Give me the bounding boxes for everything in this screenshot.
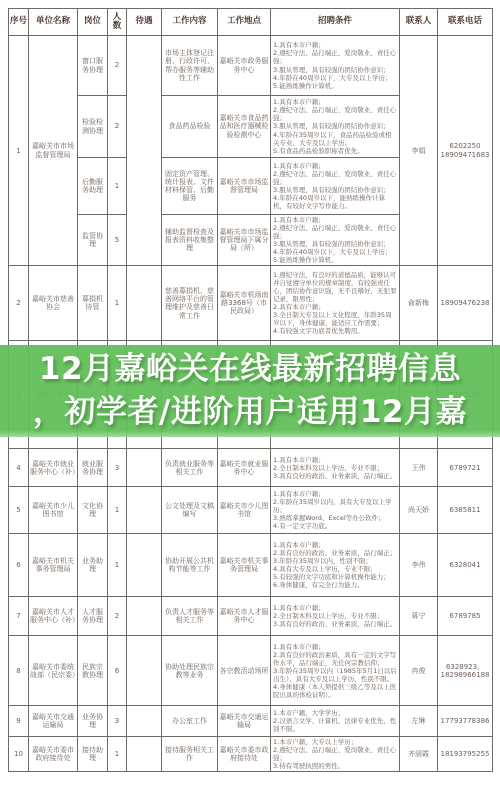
cell-count: 1 xyxy=(108,266,127,341)
cell-unit: 嘉峪关市少儿图书馆 xyxy=(29,487,78,534)
cell-conditions: 1.具有本市户籍； 2.遵纪守法、品行端正、爱岗敬业、责任心强； 3.服从管理，… xyxy=(271,158,400,215)
cell-phone: 18193795255 xyxy=(438,737,493,772)
header-conditions: 招聘条件 xyxy=(271,9,400,36)
cell-phone: 6328041 xyxy=(438,534,493,597)
cell-location: 嘉峪关市交通运输局 xyxy=(218,706,271,737)
cell-phone: 6789721 xyxy=(438,449,493,487)
table-row: 10 嘉峪关市委市政府接待处 接待助理 1 接待服务相关工作 嘉峪关市委市政府接… xyxy=(9,737,493,772)
cell-no: 5 xyxy=(9,487,29,534)
cell-work: 协助处理民族宗教等业务 xyxy=(162,636,218,706)
cell-count: 1 xyxy=(108,737,127,772)
cell-position: 业务协理 xyxy=(78,706,108,737)
cell-no: 10 xyxy=(9,737,29,772)
cell-unit: 嘉峪关市慈善协会 xyxy=(29,266,78,341)
cell-no: 1 xyxy=(9,36,29,266)
cell-pay xyxy=(127,737,162,772)
cell-position: 民族宗教协理 xyxy=(78,636,108,706)
cell-position: 募捐机协管 xyxy=(78,266,108,341)
cell-location: 嘉峪关市市场监督管理局下属分局（所） xyxy=(218,215,271,266)
cell-work: 市场主体登记注册、行政许可、帮办服务等辅助性工作 xyxy=(162,36,218,96)
cell-location: 嘉峪关市机关事务管理局 xyxy=(218,534,271,597)
cell-location: 嘉峪关市市场监督管理局 xyxy=(218,158,271,215)
header-position: 岗位 xyxy=(78,9,108,36)
cell-count: 5 xyxy=(108,215,127,266)
cell-contact: 尚天娇 xyxy=(400,487,438,534)
cell-phone: 6328923、 18298966188 xyxy=(438,636,493,706)
cell-unit: 嘉峪关市人才服务中心（补） xyxy=(29,597,78,636)
cell-contact: 王伟 xyxy=(400,449,438,487)
cell-count: 1 xyxy=(108,534,127,597)
table-row: 9 嘉峪关市交通运输局 业务协理 3 办公室工作 嘉峪关市交通运输局 1.本市户… xyxy=(9,706,493,737)
header-work: 工作内容 xyxy=(162,9,218,36)
cell-count: 6 xyxy=(108,636,127,706)
cell-conditions: 1.具有本市户籍； 2.遵纪守法、品行端正、爱岗敬业、责任心强； 3.服从管理，… xyxy=(271,215,400,266)
cell-work: 办公室工作 xyxy=(162,706,218,737)
cell-unit: 嘉峪关市就业服务中心（补） xyxy=(29,449,78,487)
cell-phone: 17793778386 xyxy=(438,706,493,737)
cell-pay xyxy=(127,449,162,487)
cell-position: 人才服务协理 xyxy=(78,597,108,636)
cell-contact: 李伟 xyxy=(400,534,438,597)
cell-position: 就业服务协理 xyxy=(78,449,108,487)
cell-position: 业务助理 xyxy=(78,534,108,597)
cell-pay xyxy=(127,597,162,636)
cell-unit: 嘉峪关市市场监督管理局 xyxy=(29,36,78,266)
table-row: 4 嘉峪关市就业服务中心（补） 就业服务协理 3 负责就业服务等相关工作 嘉峪关… xyxy=(9,449,493,487)
cell-work: 接待服务相关工作 xyxy=(162,737,218,772)
cell-position: 接待助理 xyxy=(78,737,108,772)
cell-position: 监管协理 xyxy=(78,215,108,266)
cell-no: 2 xyxy=(9,266,29,341)
cell-count: 3 xyxy=(108,706,127,737)
cell-no: 7 xyxy=(9,597,29,636)
cell-pay xyxy=(127,487,162,534)
cell-position: 检验检测协理 xyxy=(78,96,108,158)
cell-count: 2 xyxy=(108,36,127,96)
cell-conditions: 1.本市户籍，大学学历； 2.汉语言文学、计算机、法律专业优先，性别不限。 xyxy=(271,706,400,737)
title-overlay-banner: 12月嘉峪关在线最新招聘信息 ，初学者/进阶用户适用12月嘉 xyxy=(0,345,500,437)
cell-phone: 6202250 18909471683 xyxy=(438,36,493,266)
cell-conditions: 1.具有本市户籍； 2.具有良好的政治、业务素质，品行端正； 3.年龄在35周岁… xyxy=(271,534,400,597)
cell-pay xyxy=(127,706,162,737)
cell-work: 辅助监督检查及报表资料收集整理 xyxy=(162,215,218,266)
cell-phone: 6385811 xyxy=(438,487,493,534)
cell-unit: 嘉峪关市委统战部（民宗委） xyxy=(29,636,78,706)
cell-position: 后勤服务助理 xyxy=(78,158,108,215)
cell-count: 2 xyxy=(108,597,127,636)
header-contact: 联系人 xyxy=(400,9,438,36)
cell-work: 公文处理及文稿编写 xyxy=(162,487,218,534)
header-count: 人数 xyxy=(108,9,127,36)
cell-location: 嘉峪关市少儿图书馆 xyxy=(218,487,271,534)
cell-no: 6 xyxy=(9,534,29,597)
cell-no: 9 xyxy=(9,706,29,737)
header-pay: 待遇 xyxy=(127,9,162,36)
cell-location: 嘉峪关市人才服务中心 xyxy=(218,597,271,636)
cell-work: 食品药品检验 xyxy=(162,96,218,158)
table-row: 2 嘉峪关市慈善协会 募捐机协管 1 慈善募捐机、慈善网络平台的管理维护及慈善日… xyxy=(9,266,493,341)
cell-conditions: 1.具有本市户籍； 2.年龄在35周岁以内，具有大专及以上学历； 3.熟练掌握W… xyxy=(271,487,400,534)
cell-work: 协助开展公共机构节能等工作 xyxy=(162,534,218,597)
header-phone: 联系电话 xyxy=(438,9,493,36)
cell-location: 各宗教活动场所 xyxy=(218,636,271,706)
cell-contact: 冉俊 xyxy=(400,636,438,706)
cell-count: 1 xyxy=(108,158,127,215)
cell-contact: 李娟 xyxy=(400,36,438,266)
cell-count: 3 xyxy=(108,449,127,487)
cell-pay xyxy=(127,266,162,341)
table-row: 6 嘉峪关市机关事务管理局 业务助理 1 协助开展公共机构节能等工作 嘉峪关市机… xyxy=(9,534,493,597)
cell-location: 嘉峪关市委市政府接待处 xyxy=(218,737,271,772)
cell-phone: 6789785 xyxy=(438,597,493,636)
cell-no: 4 xyxy=(9,449,29,487)
cell-work: 负责就业服务等相关工作 xyxy=(162,449,218,487)
cell-location: 嘉峪关市食品药品和医疗器械检验检测中心 xyxy=(218,96,271,158)
header-no: 序号 xyxy=(9,9,29,36)
cell-count: 2 xyxy=(108,96,127,158)
cell-position: 窗口服务协理 xyxy=(78,36,108,96)
cell-location: 嘉峪关市机场南路3368号（市民政局） xyxy=(218,266,271,341)
cell-location: 嘉峪关市就业服务中心 xyxy=(218,449,271,487)
cell-position: 文化协理 xyxy=(78,487,108,534)
table-row: 1 嘉峪关市市场监督管理局 窗口服务协理 2 市场主体登记注册、行政许可、帮办服… xyxy=(9,36,493,96)
cell-conditions: 1.具有本市户籍； 2.遵纪守法、品行端正、爱岗敬业、责任心强； 3.服从管理，… xyxy=(271,36,400,96)
cell-contact: 俞新梅 xyxy=(400,266,438,341)
cell-work: 负责人才服务等相关工作 xyxy=(162,597,218,636)
cell-work: 固定资产管理、统计报表、文件材料保管、后勤服务 xyxy=(162,158,218,215)
cell-unit: 嘉峪关市交通运输局 xyxy=(29,706,78,737)
cell-conditions: 1.本市户籍，大专以上学历； 2.遵纪守法、品行端正、爱岗敬业、责任心强； 3.… xyxy=(271,737,400,772)
table-row: 5 嘉峪关市少儿图书馆 文化协理 1 公文处理及文稿编写 嘉峪关市少儿图书馆 1… xyxy=(9,487,493,534)
header-unit: 单位名称 xyxy=(29,9,78,36)
cell-location: 嘉峪关市政务服务中心 xyxy=(218,36,271,96)
cell-unit: 嘉峪关市委市政府接待处 xyxy=(29,737,78,772)
cell-no: 8 xyxy=(9,636,29,706)
table-header-row: 序号 单位名称 岗位 人数 待遇 工作内容 工作地点 招聘条件 联系人 联系电话 xyxy=(9,9,493,36)
cell-conditions: 1.具有本市户籍； 2.遵纪守法、品行端正、爱岗敬业、责任心强； 3.服从管理，… xyxy=(271,96,400,158)
cell-pay xyxy=(127,636,162,706)
page: 序号 单位名称 岗位 人数 待遇 工作内容 工作地点 招聘条件 联系人 联系电话… xyxy=(0,0,500,797)
cell-conditions: 1.具有本市户籍； 2.全日制本科及以上学历，专业不限； 3.具有良好的政治、业… xyxy=(271,449,400,487)
cell-work: 慈善募捐机、慈善网络平台的管理维护及慈善日常工作 xyxy=(162,266,218,341)
cell-unit: 嘉峪关市机关事务管理局 xyxy=(29,534,78,597)
cell-contact: 左琳 xyxy=(400,706,438,737)
cell-count: 1 xyxy=(108,487,127,534)
cell-phone: 18909476238 xyxy=(438,266,493,341)
cell-pay xyxy=(127,534,162,597)
cell-conditions: 1.具有本市户籍； 2.全日制本科及以上学历，专业不限； 3.具有良好的政治、业… xyxy=(271,597,400,636)
cell-pay xyxy=(127,36,162,266)
cell-contact: 齐丽霞 xyxy=(400,737,438,772)
header-location: 工作地点 xyxy=(218,9,271,36)
table-row: 8 嘉峪关市委统战部（民宗委） 民族宗教协理 6 协助处理民族宗教等业务 各宗教… xyxy=(9,636,493,706)
cell-conditions: 1.遵纪守法，有良好的道德品质，能够认可并自觉遵守单位的规章制度，有较强责任心，… xyxy=(271,266,400,341)
table-row: 7 嘉峪关市人才服务中心（补） 人才服务协理 2 负责人才服务等相关工作 嘉峪关… xyxy=(9,597,493,636)
overlay-title-line2: ，初学者/进阶用户适用12月嘉 xyxy=(33,391,467,434)
overlay-title-line1: 12月嘉峪关在线最新招聘信息 xyxy=(39,348,461,391)
cell-contact: 蒋宁 xyxy=(400,597,438,636)
cell-conditions: 1.具有本市户籍； 2.具有良好的政治素质，具有一定的文字写作水平，品行端正，无… xyxy=(271,636,400,706)
